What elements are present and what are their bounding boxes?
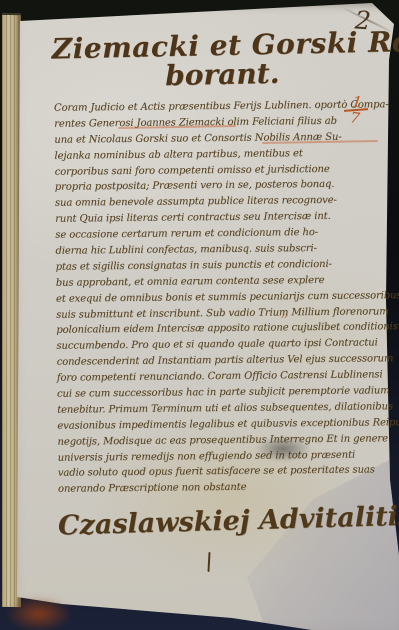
red-tick-mark: ’’ — [281, 315, 287, 326]
entry-body-text: Coram Judicio et Actis præsentibus Ferij… — [54, 97, 394, 498]
manuscript-photo: 2 Ziemacki et Gorski Ro= borant. Coram J… — [0, 0, 399, 630]
ink-smudge — [255, 436, 311, 462]
blurred-object-bottom-left — [6, 596, 72, 630]
entry-heading: Ziemacki et Gorski Ro= borant. — [51, 26, 392, 93]
red-margin-fraction-mark: 1 7 — [341, 93, 371, 126]
